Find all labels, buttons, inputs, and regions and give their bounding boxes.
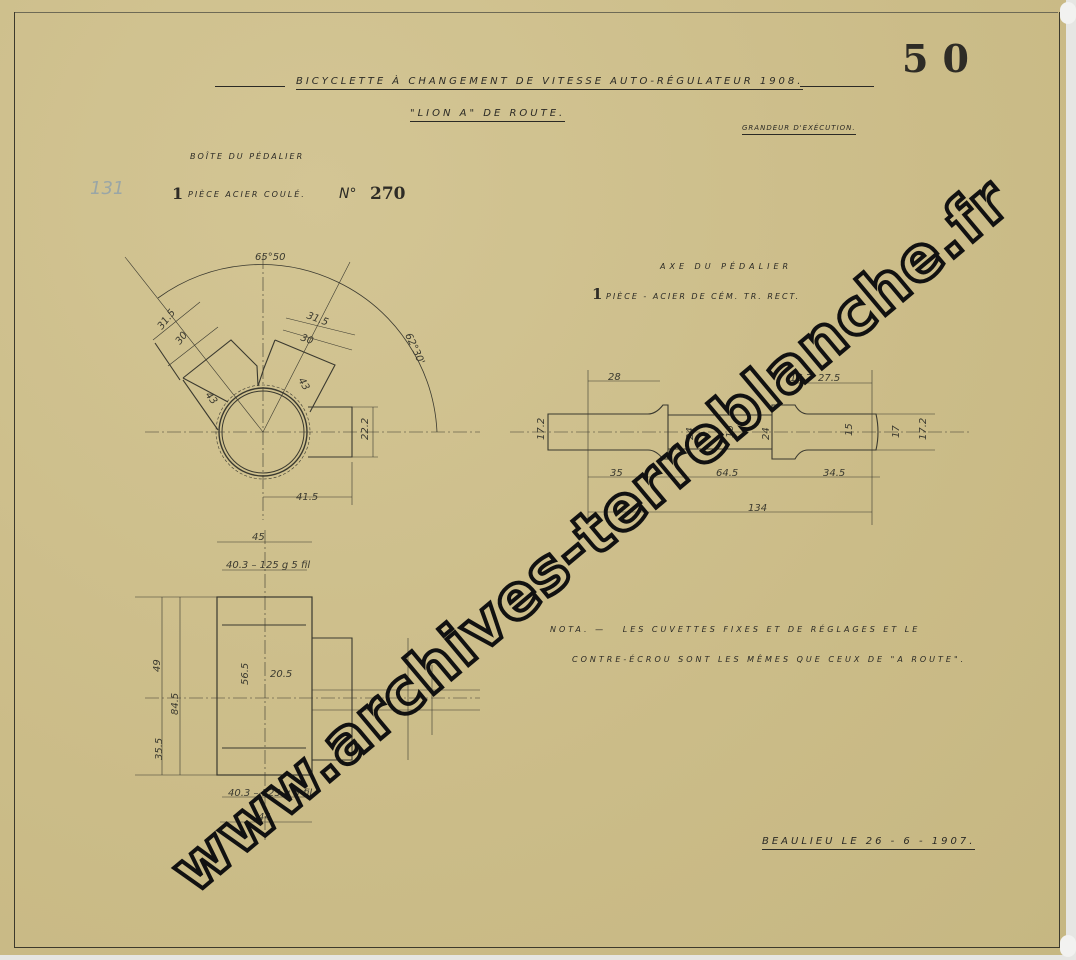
svg-text:49: 49 <box>152 659 163 672</box>
svg-text:17.2: 17.2 <box>918 418 929 440</box>
dim-angle-top: 65°50 <box>255 252 285 263</box>
svg-text:84.5: 84.5 <box>170 693 181 715</box>
svg-text:43: 43 <box>203 390 220 407</box>
svg-text:28: 28 <box>608 372 621 383</box>
svg-text:41.5: 41.5 <box>296 492 318 503</box>
svg-text:22.2: 22.2 <box>360 418 371 440</box>
svg-text:62°30': 62°30' <box>402 332 426 367</box>
svg-text:45: 45 <box>252 532 265 543</box>
svg-text:15: 15 <box>844 423 855 436</box>
svg-text:20.5: 20.5 <box>270 669 292 680</box>
svg-text:30: 30 <box>174 330 191 347</box>
svg-text:43: 43 <box>295 376 311 393</box>
svg-text:56.5: 56.5 <box>240 663 251 685</box>
svg-text:17.2: 17.2 <box>536 418 547 440</box>
svg-text:134: 134 <box>748 503 767 514</box>
technical-drawings: 65°50 62°30' 31.5 30 43 31.5 30 43 22.2 … <box>0 0 1076 960</box>
svg-text:17: 17 <box>891 425 902 438</box>
svg-text:30: 30 <box>299 332 315 347</box>
svg-text:34.5: 34.5 <box>823 468 845 479</box>
svg-text:35.5: 35.5 <box>154 738 165 760</box>
svg-text:40.3 – 125 g 5 fil: 40.3 – 125 g 5 fil <box>226 560 310 571</box>
